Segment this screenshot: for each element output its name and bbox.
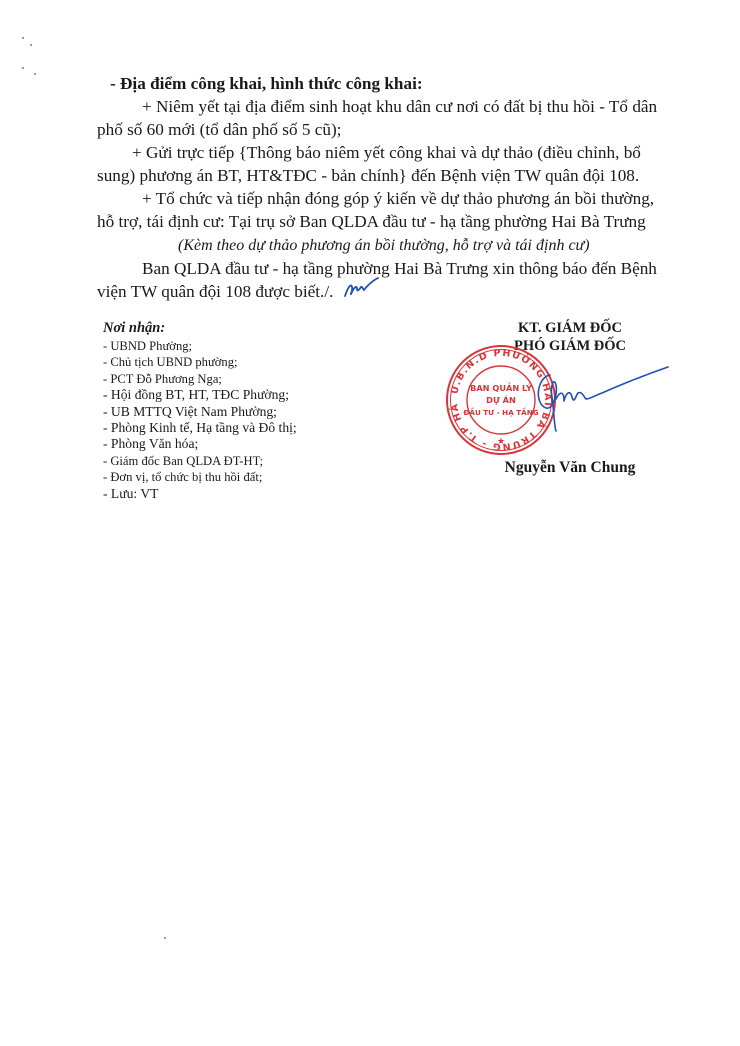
recipient-item: - Đơn vị, tổ chức bị thu hồi đất; [103,469,297,485]
item-3-line-1: + Tổ chức và tiếp nhận đóng góp ý kiến v… [142,189,654,209]
recipient-item: - Phòng Văn hóa; [103,436,297,452]
recipient-item: - Lưu: VT [103,486,297,502]
svg-text:BAN QUẢN LÝ: BAN QUẢN LÝ [470,382,533,393]
recipient-item: - UB MTTQ Việt Nam Phường; [103,404,297,420]
recipient-item: - UBND Phường; [103,338,297,354]
closing-line-1: Ban QLDA đầu tư - hạ tầng phường Hai Bà … [142,259,657,279]
svg-text:★: ★ [497,437,505,447]
svg-text:ĐẦU TƯ - HẠ TẦNG: ĐẦU TƯ - HẠ TẦNG [463,407,538,417]
document-page: - Địa điểm công khai, hình thức công kha… [0,0,740,1046]
svg-text:DỰ ÁN: DỰ ÁN [486,394,516,405]
recipients-list: - UBND Phường; - Chủ tịch UBND phường; -… [103,338,297,502]
recipient-item: - Giám đốc Ban QLDA ĐT-HT; [103,453,297,469]
recipient-item: - Chủ tịch UBND phường; [103,354,297,370]
scan-speck [34,73,36,75]
attachment-note: (Kèm theo dự thảo phương án bồi thường, … [178,236,590,256]
recipient-item: - Phòng Kinh tế, Hạ tầng và Đô thị; [103,420,297,436]
closing-line-2: viện TW quân đội 108 được biết./. [97,282,333,302]
item-3-line-2: hỗ trợ, tái định cư: Tại trụ sở Ban QLDA… [97,212,646,232]
signer-name: Nguyễn Văn Chung [470,459,670,477]
item-1-line-2: phố số 60 mới (tổ dân phố số 5 cũ); [97,120,341,140]
recipients-title: Nơi nhận: [103,320,165,337]
item-2-line-2: sung) phương án BT, HT&TĐC - bản chính} … [97,166,639,186]
scan-speck [164,937,166,939]
scan-speck [22,67,24,69]
scan-speck [22,37,24,39]
initials-mark-icon [342,277,380,299]
item-2-line-1: + Gửi trực tiếp {Thông báo niêm yết công… [132,143,641,163]
scan-speck [30,44,32,46]
recipient-item: - PCT Đỗ Phương Nga; [103,371,297,387]
signature-title-1: KT. GIÁM ĐỐC [480,320,660,337]
item-1-line-1: + Niêm yết tại địa điểm sinh hoạt khu dâ… [142,97,657,117]
section-heading: - Địa điểm công khai, hình thức công kha… [110,74,423,94]
recipient-item: - Hội đồng BT, HT, TĐC Phường; [103,387,297,403]
handwritten-signature-icon [530,355,670,435]
